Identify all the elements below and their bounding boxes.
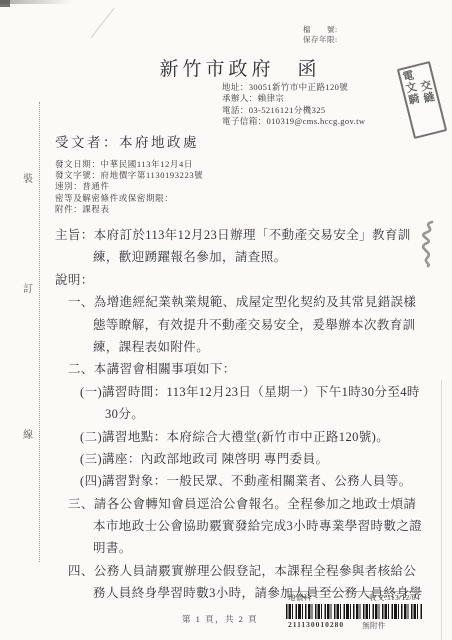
security-class: 密等及解密條件或保密期限： bbox=[55, 193, 203, 204]
sender-email: 電子信箱：010319@cms.hccg.gov.tw bbox=[222, 116, 365, 127]
sender-info: 地址：30051新竹市中正路120號 承辦人：賴律宗 電話：03-5216121… bbox=[222, 82, 365, 128]
body-line: (二)講習地點：本府綜合大禮堂(新竹市中正路120號)。 bbox=[0, 426, 422, 448]
receipt-attachment-note: 無附件 bbox=[362, 620, 385, 631]
sender-address: 地址：30051新竹市中正路120號 bbox=[222, 82, 365, 93]
issue-date: 發文日期：中華民國113年12月4日 bbox=[55, 159, 203, 170]
edge-stamp-mark bbox=[416, 219, 442, 274]
scan-crease-artifact bbox=[90, 8, 114, 39]
official-letter-page: 檔 號: 保存年限: 新竹市政府 函 地址：30051新竹市中正路120號 承辦… bbox=[0, 0, 452, 640]
archive-labels: 檔 號: 保存年限: bbox=[303, 25, 338, 44]
receipt-serial-number: 211130010280 bbox=[288, 620, 344, 631]
issue-number: 發文字號：府地價字第1130193223號 bbox=[55, 170, 203, 181]
edge-stamp-squiggle bbox=[416, 219, 442, 269]
receipt-header-row: 地價科 收文:113/12/04 bbox=[286, 591, 422, 604]
receipt-stamp: 地價科 收文:113/12/04 211130010280 無附件 bbox=[286, 591, 422, 631]
body-line: 三、請各公會轉知會員逕洽公會報名。全程參加之地政士煩請 bbox=[0, 493, 422, 515]
recipient-line: 受文者：本府地政處 bbox=[55, 131, 199, 151]
sender-undertaker: 承辦人：賴律宗 bbox=[222, 93, 365, 104]
body-line: 一、為增進經紀業執業規範、成屋定型化契約及其常見錯誤樣 bbox=[0, 291, 422, 313]
file-number-label: 檔 號: bbox=[303, 25, 338, 35]
receipt-barcode bbox=[286, 604, 422, 619]
scan-right-edge-line bbox=[441, 380, 442, 640]
body-line: 本市地政士公會協助覈實發給完成3小時專業學習時數之證 bbox=[0, 515, 422, 537]
stamp-char: 騎 bbox=[407, 93, 421, 107]
body-line: 主旨：本府訂於113年12月23日辦理「不動產交易安全」教育訓 bbox=[0, 224, 422, 246]
sender-phone: 電話：03-5216121分機325 bbox=[222, 105, 365, 116]
document-title: 新竹市政府 函 bbox=[140, 54, 340, 81]
body-line: (四)講習對象：一般民眾、不動產相關業者、公務人員等。 bbox=[0, 470, 422, 492]
page-number: 第 1 頁，共 2 頁 bbox=[150, 613, 290, 625]
body-line: 練，課程表如附件。 bbox=[0, 336, 422, 358]
body-line: (三)講座：內政部地政司 陳啓明 專門委員。 bbox=[0, 448, 422, 470]
letter-body: 主旨：本府訂於113年12月23日辦理「不動產交易安全」教育訓 練，歡迎踴躍報名… bbox=[0, 224, 422, 605]
receipt-date: 收文:113/12/04 bbox=[369, 592, 420, 603]
document-meta: 發文日期：中華民國113年12月4日 發文字號：府地價字第1130193223號… bbox=[55, 159, 203, 215]
binding-mark-zhuang: 裝 bbox=[23, 170, 33, 185]
body-line: 態等瞭解，有效提升不動產交易安全，爰舉辦本次教育訓 bbox=[0, 314, 422, 336]
body-line: 30分。 bbox=[0, 403, 422, 425]
receipt-unit: 地價科 bbox=[288, 592, 311, 603]
body-line: 四、公務人員請覈實辦理公假登記，本課程全程參與者核給公 bbox=[0, 560, 422, 582]
speed-class: 速別：普通件 bbox=[55, 181, 203, 192]
scan-corner-artifact bbox=[0, 0, 10, 7]
body-line: 明書。 bbox=[0, 537, 422, 559]
body-line: 二、本講習會相關事項如下： bbox=[0, 358, 422, 380]
attachment-field: 附件：課程表 bbox=[55, 204, 203, 215]
electronic-exchange-stamp: 電 文 騎 交 縫 bbox=[397, 61, 447, 139]
stamp-char: 縫 bbox=[422, 91, 436, 105]
receipt-serial-row: 211130010280 無附件 bbox=[286, 619, 422, 631]
body-line: 練，歡迎踴躍報名參加，請查照。 bbox=[0, 246, 422, 268]
retention-period-label: 保存年限: bbox=[303, 35, 338, 45]
scan-edge-artifact bbox=[0, 0, 72, 4]
body-line: 說明： bbox=[0, 269, 422, 291]
body-line: (一)講習時間：113年12月23日（星期一）下午1時30分至4時 bbox=[0, 381, 422, 403]
